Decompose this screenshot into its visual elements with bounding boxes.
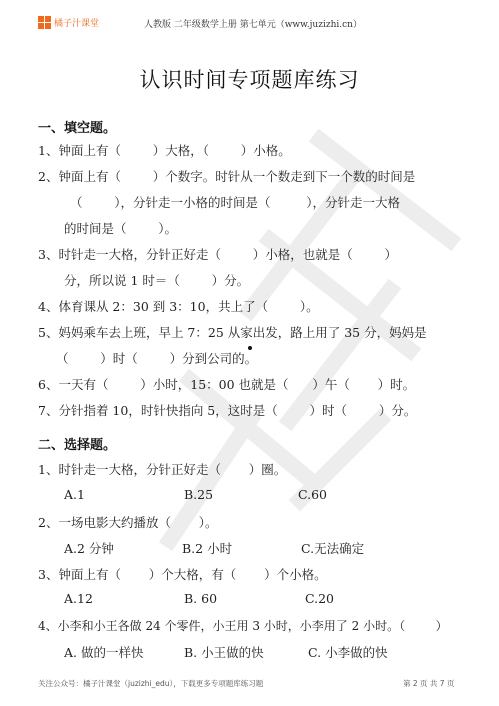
option-b: B.25 (184, 487, 213, 502)
option-a: A.1 (64, 487, 85, 502)
question-line: 7、分针指着 10，时针快指向 5，这时是（ ）时（ ）分。 (38, 401, 416, 419)
option-c: C.60 (298, 487, 327, 502)
question-line: 1、钟面上有（ ）大格，（ ）小格。 (38, 141, 291, 159)
header-title: 人教版 二年级数学上册 第七单元（www.juzizhi.cn） (144, 17, 362, 30)
question-line: 3、钟面上有（ ）个大格，有（ ）个小格。 (38, 565, 327, 583)
question-line: （ ），分针走一小格的时间是（ ），分针走一大格 (70, 193, 400, 211)
question-line: 2、钟面上有（ ）个数字。时针从一个数走到下一个数的时间是 (38, 167, 415, 185)
question-line: 4、体育课从 2：30 到 3：10，共上了（ ）。 (38, 297, 319, 315)
option-b: B.2 小时 (182, 539, 232, 557)
question-line: 分，所以说 1 时＝（ ）分。 (64, 271, 249, 289)
logo-icon (38, 16, 51, 29)
section-heading-fill-blank: 一、填空题。 (38, 117, 116, 136)
option-c: C. 小李做的快 (308, 643, 388, 661)
question-line: 2、一场电影大约播放（ ）。 (38, 513, 218, 531)
question-line: 1、时针走一大格，分针正好走（ ）圈。 (38, 460, 286, 478)
question-line: 5、妈妈乘车去上班，早上 7：25 从家出发，路上用了 35 分，妈妈是 (38, 323, 427, 341)
option-a: A. 做的一样快 (64, 643, 143, 661)
option-c: C.无法确定 (301, 539, 364, 557)
cursor-dot (248, 346, 252, 350)
option-a: A.2 分钟 (64, 539, 114, 557)
logo-text: 橘子汁课堂 (54, 16, 99, 29)
option-b: B. 小王做的快 (184, 643, 264, 661)
footer-note: 关注公众号：橘子汁课堂（juzizhi_edu），下载更多专项题库练习题 (38, 678, 263, 689)
question-line: 4、小李和小王各做 24 个零件，小王用 3 小时，小李用了 2 小时。（ ） (38, 617, 448, 634)
question-line: 3、时针走一大格，分针正好走（ ）小格，也就是（ ） (38, 245, 397, 263)
logo: 橘子汁课堂 (38, 16, 99, 29)
page-number: 第 2 页 共 7 页 (403, 678, 454, 689)
question-line: 6、一天有（ ）小时，15：00 也就是（ ）午（ ）时。 (38, 375, 415, 393)
option-a: A.12 (64, 591, 93, 606)
question-line: （ ）时（ ）分到公司的。 (56, 349, 257, 367)
option-b: B. 60 (184, 591, 217, 606)
option-c: C.20 (305, 591, 334, 606)
question-line: 的时间是（ ）。 (64, 219, 177, 237)
page-title: 认识时间专项题库练习 (0, 64, 499, 94)
section-heading-multiple-choice: 二、选择题。 (38, 434, 116, 453)
page-header: 橘子汁课堂 人教版 二年级数学上册 第七单元（www.juzizhi.cn） (38, 16, 479, 32)
